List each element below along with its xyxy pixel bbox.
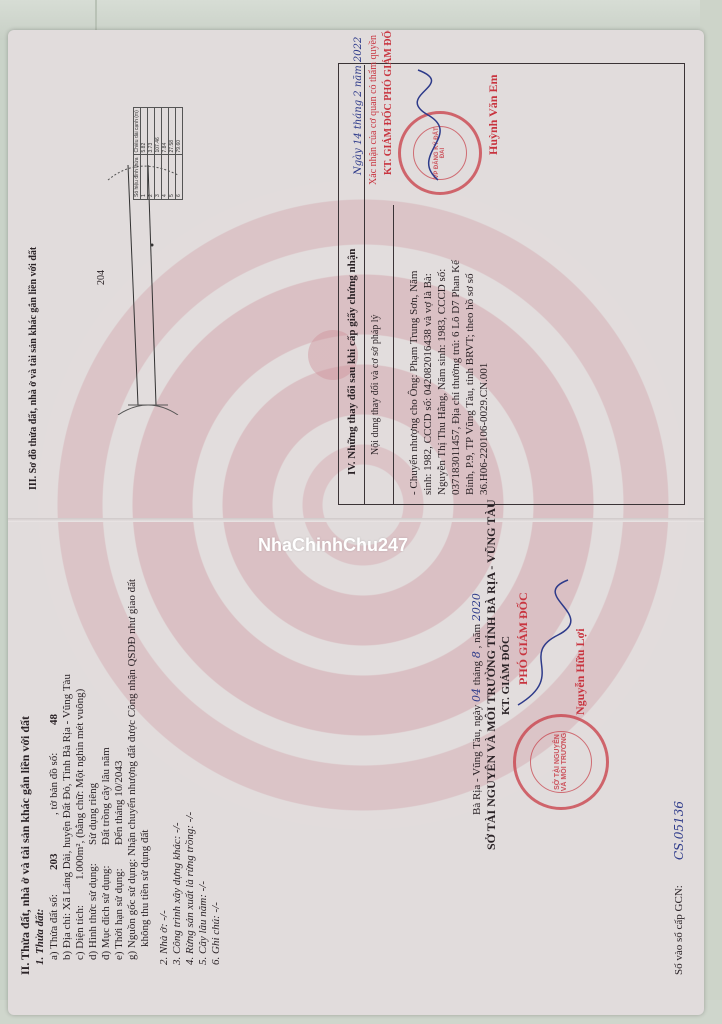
signer-name: Nguyễn Hữu Lợi [573, 628, 588, 715]
usage-form-label: d) Hình thức sử dụng: [87, 863, 99, 960]
perennial-trees-item: 5. Cây lâu năm: -/- [197, 881, 209, 965]
section4-header-underline [393, 205, 394, 505]
section3-title: III. Sơ đồ thửa đất, nhà ở và tài sản kh… [28, 247, 39, 490]
vertex-length-table: Số hiệu đỉnh thửa Chiều dài cạnh (m) 15.… [133, 107, 183, 200]
notes-item: 6. Ghi chú: -/- [210, 902, 222, 965]
table-row: 3107.46 [155, 108, 162, 200]
month-label: tháng [471, 661, 483, 685]
rotated-content: II. Thửa đất, nhà ở và tài sản khác gắn … [8, 30, 704, 1015]
table-row: 23.73 [148, 108, 155, 200]
parcel-number-sketch: 204 [96, 270, 107, 285]
issue-year: 2020 [470, 593, 483, 621]
usage-purpose-label: đ) Mục đích sử dụng: [100, 865, 112, 960]
transfer-line-2: sinh: 1982, CCCD số: 042082016438 và vợ … [422, 273, 434, 495]
transfer-line-5: Bính, P.9, TP Vũng Tàu, tỉnh BRVT; theo … [464, 273, 476, 495]
section2-title: II. Thửa đất, nhà ở và tài sản khác gắn … [18, 716, 33, 975]
issue-date-line: Bà Rịa - Vũng Tàu, ngày 04 tháng 8 , năm… [470, 593, 483, 815]
confirmation-authority: Xác nhận của cơ quan có thẩm quyền [368, 35, 379, 185]
land-certificate-page: II. Thửa đất, nhà ở và tài sản khác gắn … [8, 30, 704, 1015]
usage-purpose-value: Đất trồng cây lâu năm [100, 747, 112, 845]
confirmation-date: Ngày 14 tháng 2 năm 2022 [353, 37, 364, 175]
place-date-prefix: Bà Rịa - Vũng Tàu, ngày [471, 705, 483, 815]
section4-title: IV. Những thay đổi sau khi cấp giấy chứn… [346, 249, 358, 475]
usage-origin: g) Nguồn gốc sử dụng: Nhận chuyển nhượng… [126, 579, 138, 960]
section2-subtitle: 1. Thửa đất: [34, 909, 46, 965]
table-row: 679.60 [176, 108, 183, 200]
table-header-length: Chiều dài cạnh (m) [134, 108, 141, 155]
year-label: , năm [471, 624, 483, 648]
house-item: 2. Nhà ở: -/- [158, 910, 170, 965]
issue-day: 04 [470, 688, 483, 702]
table-row: 47.84 [162, 108, 169, 200]
map-sheet-value: 48 [48, 714, 60, 725]
confirmation-signature [408, 65, 468, 185]
other-construction-item: 3. Công trình xây dựng khác: -/- [171, 822, 183, 965]
production-forest-item: 4. Rừng sản xuất là rừng trồng: -/- [184, 812, 196, 965]
section4-column-header: Nội dung thay đổi và cơ sở pháp lý [370, 314, 381, 455]
usage-term-label: e) Thời hạn sử dụng: [113, 868, 125, 960]
area-value: 1.000m², (bằng chữ: Một nghìn mét vuông) [74, 689, 86, 880]
stamp-text: SỞ TÀI NGUYÊN VÀ MÔI TRƯỜNG [554, 732, 568, 792]
confirmation-deputy: KT. GIÁM ĐỐC PHÓ GIÁM ĐỐC [383, 30, 394, 175]
map-sheet-label: , tờ bản đồ số: [48, 753, 60, 815]
site-watermark: NhaChinhChu247 [258, 535, 408, 556]
parcel-number-value: 203 [48, 854, 60, 871]
parcel-number-label: a) Thửa đất số: [48, 894, 60, 960]
issuing-agency: SỞ TÀI NGUYÊN VÀ MÔI TRƯỜNG TỈNH BÀ RỊA … [484, 499, 499, 850]
usage-form-value: Sử dụng riêng [87, 783, 99, 845]
registry-value: CS.05136 [672, 801, 686, 860]
address-line: b) Địa chỉ: Xã Láng Dài, huyện Đất Đỏ, T… [61, 674, 73, 960]
usage-term-value: Đến tháng 10/2043 [113, 761, 125, 845]
transfer-line-1: - Chuyển nhượng cho Ông: Phạm Trung Sơn,… [408, 271, 420, 495]
section4-divider [364, 65, 365, 505]
area-label: c) Diện tích: [74, 905, 86, 960]
registry-label: Số vào sổ cấp GCN: [673, 885, 685, 975]
transfer-line-3: Nguyễn Thị Thu Hằng, Năm sinh: 1983, CCC… [436, 269, 448, 495]
issue-month: 8 [470, 651, 483, 658]
usage-origin-cont: không thu tiền sử dụng đất [139, 830, 151, 947]
confirmation-signer: Huỳnh Văn Em [486, 75, 501, 155]
official-stamp: SỞ TÀI NGUYÊN VÀ MÔI TRƯỜNG [513, 714, 609, 810]
transfer-line-4: 037183011457, Địa chỉ thường trú: 6 Lô D… [450, 260, 462, 495]
director-signature [508, 575, 578, 715]
transfer-line-6: 36.H06-220106-0029.CN.001 [478, 363, 490, 495]
table-row: 15.82 [141, 108, 148, 200]
table-header-vertex: Số hiệu đỉnh thửa [134, 155, 141, 200]
table-row: 527.58 [169, 108, 176, 200]
